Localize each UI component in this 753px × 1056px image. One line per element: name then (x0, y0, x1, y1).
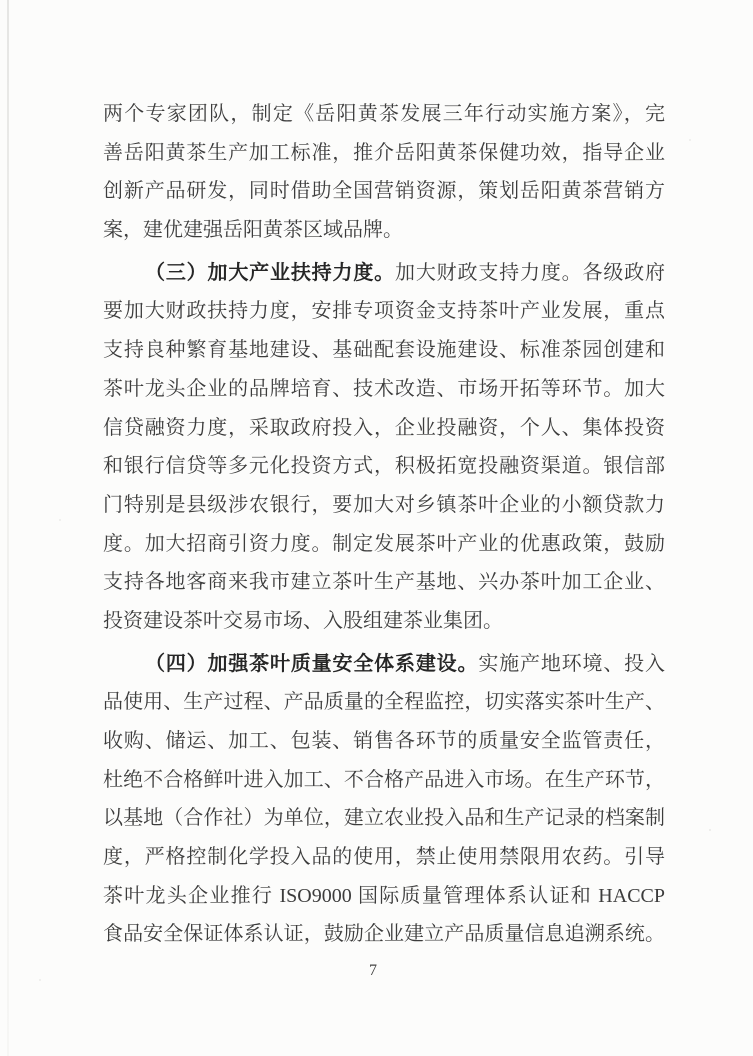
body-line: 茶叶龙头企业的品牌培育、技术改造、市场开拓等环节。加大 (103, 370, 665, 409)
line-text: 度，严格控制化学投入品的使用，禁止使用禁限用农药。引导 (103, 846, 665, 868)
body-line: 创新产品研发，同时借助全国营销资源，策划岳阳黄茶营销方 (103, 172, 665, 211)
body-line: 案，建优建强岳阳黄茶区域品牌。 (103, 211, 665, 250)
body-line: 和银行信贷等多元化投资方式，积极拓宽投融资渠道。银信部 (103, 447, 665, 486)
body-line: 信贷融资力度，采取政府投入，企业投融资，个人、集体投资 (103, 409, 665, 448)
line-text: 创新产品研发，同时借助全国营销资源，策划岳阳黄茶营销方 (103, 180, 665, 202)
section-three-heading: （三）加大产业扶持力度。 (145, 262, 395, 284)
body-line: 两个专家团队，制定《岳阳黄茶发展三年行动实施方案》，完 (103, 95, 665, 134)
body-line: 品使用、生产过程、产品质量的全程监控，切实落实茶叶生产、 (103, 683, 665, 722)
paragraph-section-four: （四）加强茶叶质量安全体系建设。实施产地环境、投入 品使用、生产过程、产品质量的… (103, 645, 665, 955)
body-line: 支持各地客商来我市建立茶叶生产基地、兴办茶叶加工企业、 (103, 563, 665, 602)
body-line: 要加大财政扶持力度，安排专项资金支持茶叶产业发展，重点 (103, 292, 665, 331)
line-text: 门特别是县级涉农银行，要加大对乡镇茶叶企业的小额贷款力 (103, 494, 665, 516)
paragraph-section-three: （三）加大产业扶持力度。加大财政支持力度。各级政府 要加大财政扶持力度，安排专项… (103, 254, 665, 641)
line-text: 加大财政支持力度。各级政府 (395, 262, 665, 284)
line-text: 善岳阳黄茶生产加工标准，推介岳阳黄茶保健功效，指导企业 (103, 142, 665, 164)
body-line: 门特别是县级涉农银行，要加大对乡镇茶叶企业的小额贷款力 (103, 486, 665, 525)
line-text: 实施产地环境、投入 (478, 653, 665, 675)
body-line: 支持良种繁育基地建设、基础配套设施建设、标准茶园创建和 (103, 331, 665, 370)
scanned-document-page: 两个专家团队，制定《岳阳黄茶发展三年行动实施方案》，完 善岳阳黄茶生产加工标准，… (0, 0, 753, 1056)
page-number: 7 (369, 962, 377, 979)
body-line: 杜绝不合格鲜叶进入加工、不合格产品进入市场。在生产环节， (103, 761, 665, 800)
body-line: 度。加大招商引资力度。制定发展茶叶产业的优惠政策，鼓励 (103, 525, 665, 564)
line-text: 要加大财政扶持力度，安排专项资金支持茶叶产业发展，重点 (103, 300, 665, 322)
body-line: （四）加强茶叶质量安全体系建设。实施产地环境、投入 (103, 645, 665, 684)
body-line: 善岳阳黄茶生产加工标准，推介岳阳黄茶保健功效，指导企业 (103, 134, 665, 173)
body-line: 茶叶龙头企业推行 ISO9000 国际质量管理体系认证和 HACCP (103, 877, 665, 916)
scan-edge-artifact (7, 0, 9, 1056)
line-text: 以基地（合作社）为单位，建立农业投入品和生产记录的档案制 (103, 807, 665, 829)
line-text: 杜绝不合格鲜叶进入加工、不合格产品进入市场。在生产环节， (103, 769, 665, 791)
line-text: 茶叶龙头企业推行 ISO9000 国际质量管理体系认证和 HACCP (103, 885, 665, 907)
line-text: 支持各地客商来我市建立茶叶生产基地、兴办茶叶加工企业、 (103, 571, 665, 593)
line-text: 收购、储运、加工、包装、销售各环节的质量安全监管责任， (103, 730, 665, 752)
line-text: 品使用、生产过程、产品质量的全程监控，切实落实茶叶生产、 (103, 691, 665, 713)
paragraph-continuation: 两个专家团队，制定《岳阳黄茶发展三年行动实施方案》，完 善岳阳黄茶生产加工标准，… (103, 95, 665, 250)
line-text: 投资建设茶叶交易市场、入股组建茶业集团。 (103, 610, 503, 632)
body-line: 收购、储运、加工、包装、销售各环节的质量安全监管责任， (103, 722, 665, 761)
line-text: 信贷融资力度，采取政府投入，企业投融资，个人、集体投资 (103, 417, 665, 439)
page-footer: 7 (103, 956, 643, 986)
line-text: 支持良种繁育基地建设、基础配套设施建设、标准茶园创建和 (103, 339, 665, 361)
line-text: 茶叶龙头企业的品牌培育、技术改造、市场开拓等环节。加大 (103, 378, 665, 400)
body-line: （三）加大产业扶持力度。加大财政支持力度。各级政府 (103, 254, 665, 293)
section-four-heading: （四）加强茶叶质量安全体系建设。 (145, 653, 478, 675)
line-text: 两个专家团队，制定《岳阳黄茶发展三年行动实施方案》，完 (103, 103, 665, 125)
body-line: 食品安全保证体系认证，鼓励企业建立产品质量信息追溯系统。 (103, 915, 665, 954)
line-text: 食品安全保证体系认证，鼓励企业建立产品质量信息追溯系统。 (103, 923, 665, 945)
body-line: 投资建设茶叶交易市场、入股组建茶业集团。 (103, 602, 665, 641)
line-text: 度。加大招商引资力度。制定发展茶叶产业的优惠政策，鼓励 (103, 533, 665, 555)
line-text: 案，建优建强岳阳黄茶区域品牌。 (103, 219, 403, 241)
body-line: 度，严格控制化学投入品的使用，禁止使用禁限用农药。引导 (103, 838, 665, 877)
body-line: 以基地（合作社）为单位，建立农业投入品和生产记录的档案制 (103, 799, 665, 838)
line-text: 和银行信贷等多元化投资方式，积极拓宽投融资渠道。银信部 (103, 455, 665, 477)
document-body: 两个专家团队，制定《岳阳黄茶发展三年行动实施方案》，完 善岳阳黄茶生产加工标准，… (103, 95, 665, 954)
